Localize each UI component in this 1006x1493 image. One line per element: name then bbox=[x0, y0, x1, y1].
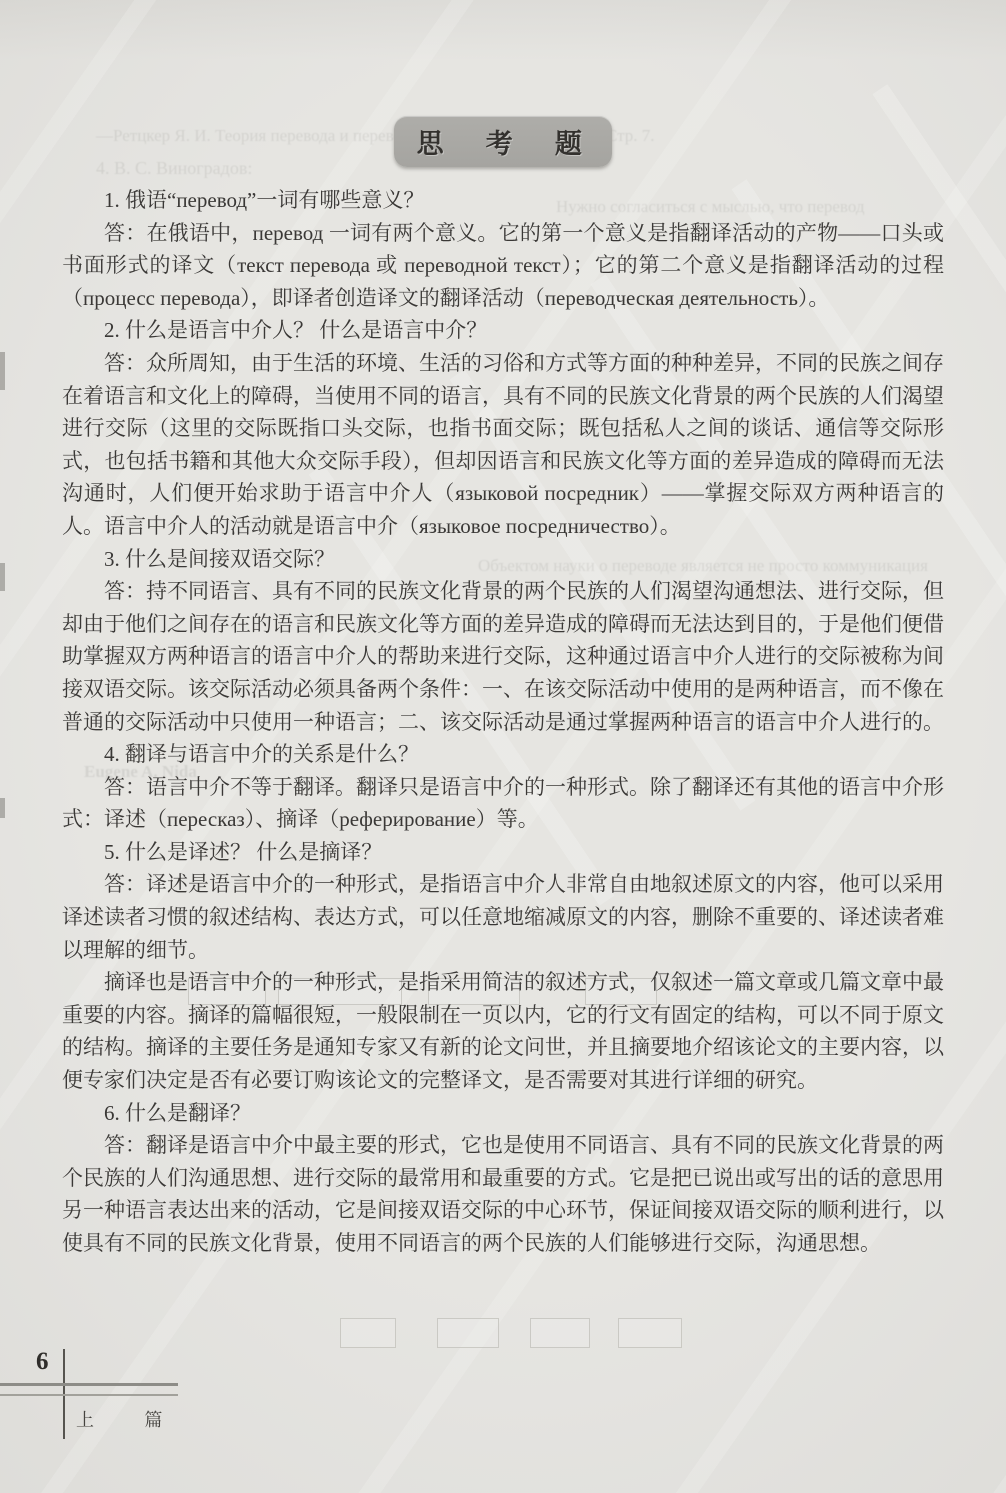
answer-4: 答：语言中介不等于翻译。翻译只是语言中介的一种形式。除了翻译还有其他的语言中介形… bbox=[62, 771, 944, 836]
answer-5-paragraph-2: 摘译也是语言中介的一种形式，是指采用简洁的叙述方式，仅叙述一篇文章或几篇文章中最… bbox=[62, 966, 944, 1096]
page-number: 6 bbox=[36, 1348, 49, 1376]
question-1: 1. 俄语“перевод”一词有哪些意义？ bbox=[62, 184, 944, 217]
section-heading-badge: 思 考 题 bbox=[394, 116, 612, 167]
footer-horizontal-rule bbox=[0, 1383, 178, 1386]
answer-2: 答：众所周知，由于生活的环境、生活的习俗和方式等方面的种种差异，不同的民族之间存… bbox=[62, 347, 944, 543]
question-2: 2. 什么是语言中介人？ 什么是语言中介？ bbox=[62, 314, 944, 347]
ghost-diagram-box bbox=[437, 1318, 499, 1348]
qa-text-block: 1. 俄语“перевод”一词有哪些意义？ 答：在俄语中，перевод 一词… bbox=[62, 184, 944, 1260]
question-6: 6. 什么是翻译？ bbox=[62, 1097, 944, 1130]
answer-5-paragraph-1: 答：译述是语言中介的一种形式，是指语言中介人非常自由地叙述原文的内容，他可以采用… bbox=[62, 868, 944, 966]
answer-1: 答：在俄语中，перевод 一词有两个意义。它的第一个意义是指翻译活动的产物—… bbox=[62, 217, 944, 315]
answer-3: 答：持不同语言、具有不同的民族文化背景的两个民族的人们渴望沟通想法、进行交际，但… bbox=[62, 575, 944, 738]
page-edge-smudge bbox=[0, 563, 5, 591]
footer-horizontal-rule bbox=[0, 1394, 178, 1396]
question-4: 4. 翻译与语言中介的关系是什么？ bbox=[62, 738, 944, 771]
ghost-bleedthrough-line: 4. В. С. Виноградов: bbox=[96, 158, 252, 179]
answer-6: 答：翻译是语言中介中最主要的形式，它也是使用不同语言、具有不同的民族文化背景的两… bbox=[62, 1129, 944, 1259]
ghost-diagram-box bbox=[340, 1318, 396, 1348]
question-5: 5. 什么是译述？ 什么是摘译？ bbox=[62, 836, 944, 869]
question-3: 3. 什么是间接双语交际？ bbox=[62, 543, 944, 576]
footer-part-label: 上 篇 bbox=[76, 1406, 179, 1432]
scanned-book-page: —Ретцкер Я. И. Теория перевода и перевод… bbox=[0, 0, 1006, 1493]
page-edge-smudge bbox=[0, 352, 5, 390]
page-edge-smudge bbox=[0, 798, 5, 818]
ghost-diagram-box bbox=[530, 1318, 590, 1348]
section-heading-label: 思 考 题 bbox=[417, 122, 590, 161]
ghost-diagram-box bbox=[618, 1318, 682, 1348]
